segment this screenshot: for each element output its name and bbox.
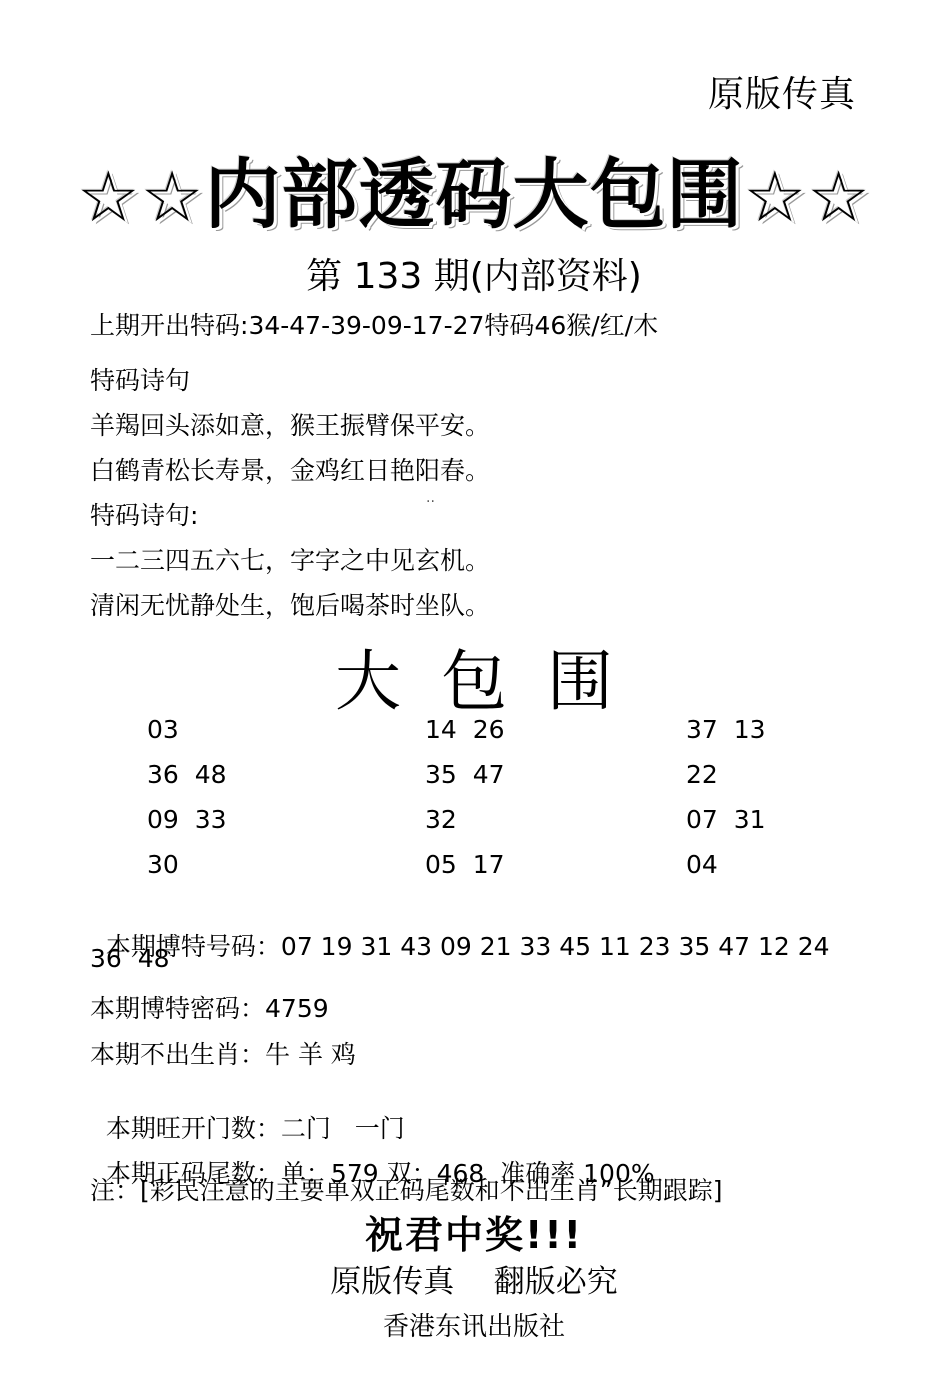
excluded-zodiac-label: 本期不出生肖： [90, 1040, 265, 1069]
special-value: 46猴/红/木 [534, 311, 658, 340]
excluded-zodiac: 牛 羊 鸡 [265, 1040, 356, 1069]
issue-number: 第 133 期(内部资料) [0, 248, 948, 299]
poem-heading: 特码诗句 [90, 361, 190, 397]
rights-text: 原版传真 翻版必究 [0, 1256, 948, 1301]
grid-cell: 14 26 [425, 715, 505, 744]
original-fax-label: 原版传真 [708, 66, 856, 117]
poem-line: 白鹤青松长寿景，金鸡红日艳阳春。 [90, 451, 490, 487]
secret-label: 本期博特密码： [90, 994, 265, 1023]
last-draw-numbers: 34-47-39-09-17-27 [248, 311, 484, 340]
special-numbers-cont: 36 48 [90, 944, 170, 973]
page-title: ☆☆内部透码大包围☆☆ [0, 134, 948, 243]
note-line: 注：[彩民注意的主要单双正码尾数和不出生肖”长期跟踪] [90, 1171, 722, 1207]
special-label: 特码 [484, 311, 534, 340]
last-draw-label: 上期开出特码: [90, 311, 248, 340]
stray-dots: ·· [426, 494, 435, 510]
grid-cell: 05 17 [425, 850, 505, 879]
star-icons-right: ☆☆ [744, 156, 872, 238]
grid-cell: 30 [147, 850, 179, 879]
poem-line: 清闲无忧静处生，饱后喝茶时坐队。 [90, 586, 490, 622]
grid-cell: 09 33 [147, 805, 227, 834]
grid-cell: 32 [425, 805, 457, 834]
secret-value: 4759 [265, 994, 329, 1023]
excluded-zodiac-line: 本期不出生肖：牛 羊 鸡 [90, 1035, 356, 1071]
title-mark: s [453, 205, 460, 221]
poem-line: 一二三四五六七，字字之中见玄机。 [90, 541, 490, 577]
publisher-text: 香港东讯出版社 [0, 1306, 948, 1343]
grid-cell: 04 [686, 850, 718, 879]
secret-line: 本期博特密码：4759 [90, 989, 329, 1025]
grid-cell: 36 48 [147, 760, 227, 789]
special-numbers: 07 19 31 43 09 21 33 45 11 23 35 47 12 2… [281, 932, 830, 961]
grid-cell: 07 31 [686, 805, 766, 834]
special-numbers-line: 本期博特号码：07 19 31 43 09 21 33 45 11 23 35 … [90, 898, 830, 963]
grid-cell: 35 47 [425, 760, 505, 789]
grid-cell: 37 13 [686, 715, 766, 744]
congrats-text: 祝君中奖!!! [0, 1204, 948, 1259]
poem-line: 羊羯回头添如意，猴王振臂保平安。 [90, 406, 490, 442]
title-text: 内部透码大包围 [205, 150, 744, 239]
big-heading: 大包围 [0, 628, 948, 723]
poem-heading: 特码诗句: [90, 496, 198, 532]
grid-cell: 22 [686, 760, 718, 789]
star-icons-left: ☆☆ [77, 156, 205, 238]
last-draw-line: 上期开出特码:34-47-39-09-17-27特码46猴/红/木 [90, 306, 658, 342]
grid-cell: 03 [147, 715, 179, 744]
